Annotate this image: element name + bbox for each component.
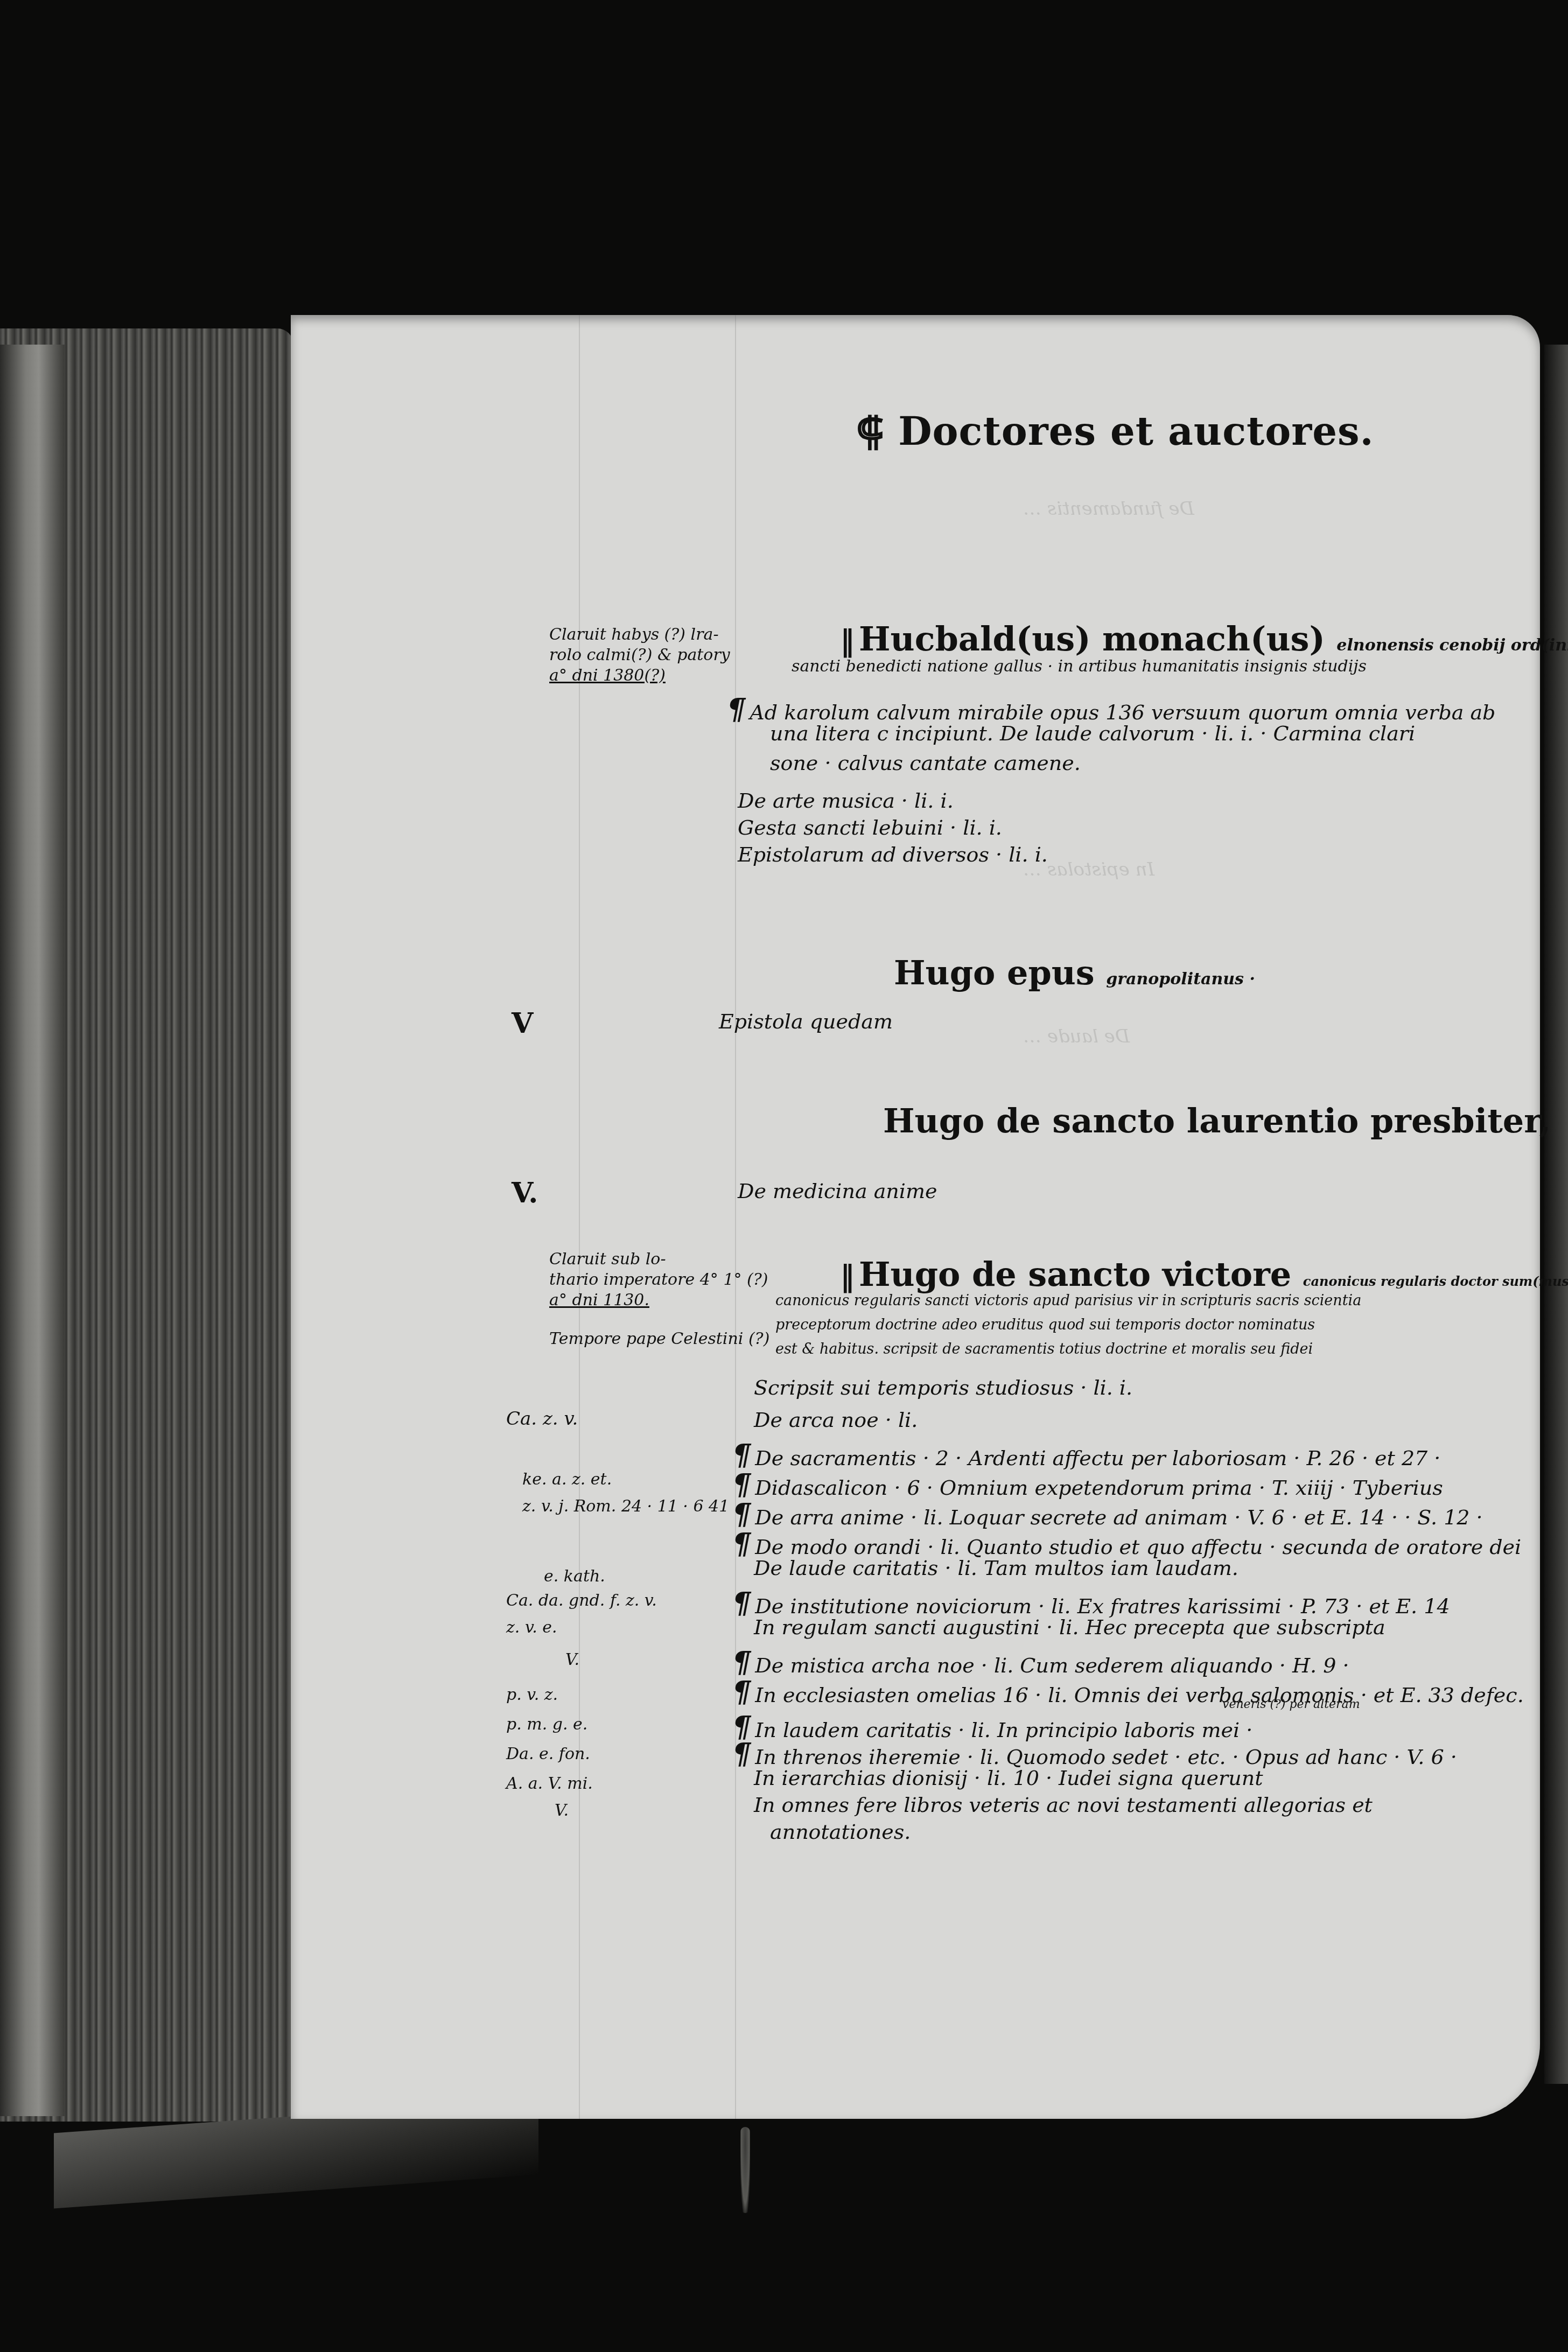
binding-board [0, 345, 65, 2116]
margin-note: Claruit habys (?) lra- rolo calmi(?) & p… [549, 625, 730, 686]
pilcrow-icon: ¶ [732, 1737, 751, 1771]
margin-siglum: V. [565, 1650, 579, 1669]
manuscript-page: De fundamentis … In epistolas … De laude… [291, 315, 1540, 2119]
work-entry: De arca noe · li. [754, 1408, 918, 1432]
author-name: Hugo epus granopolitanus · [894, 953, 1255, 992]
margin-siglum: V. [555, 1801, 569, 1820]
paragraph-mark-icon: ‖ [840, 1258, 855, 1293]
margin-siglum: p. m. g. e. [506, 1715, 587, 1734]
pilcrow-icon: ¶ [732, 1586, 751, 1620]
margin-siglum: Ca. da. gnd. f. z. v. [506, 1591, 657, 1610]
siglum-mark: V. [512, 1177, 538, 1209]
pilcrow-icon: ¶ [727, 692, 745, 726]
paragraph-mark-icon: ⸿ [856, 408, 898, 454]
work-entry: De arte musica · li. i. [738, 789, 954, 813]
ruling-line-text [735, 315, 736, 2119]
ink-stain [740, 2127, 750, 2213]
margin-siglum: z. v. j. Rom. 24 · 11 · 6 41 [522, 1497, 729, 1516]
bleed-through-line: De fundamentis … [1023, 498, 1194, 520]
margin-siglum: e. kath. [544, 1567, 605, 1586]
pilcrow-icon: ¶ [732, 1527, 751, 1561]
author-name: Hugo de sancto laurentio presbiter, [883, 1101, 1551, 1140]
work-entry: annotationes. [770, 1820, 911, 1844]
margin-siglum: z. v. e. [506, 1618, 557, 1637]
margin-siglum: A. a. V. mi. [506, 1774, 593, 1793]
author-bio: preceptorum doctrine adeo eruditus quod … [775, 1317, 1315, 1333]
siglum-mark: V [512, 1007, 533, 1040]
margin-siglum: Ca. z. v. [506, 1408, 578, 1430]
author-name: ‖Hugo de sancto victore canonicus regula… [840, 1255, 1568, 1294]
margin-siglum: Da. e. fon. [506, 1745, 590, 1763]
work-entry: De medicina anime [738, 1179, 937, 1203]
page-heading: ⸿ Doctores et auctores. [856, 404, 1374, 457]
author-bio: est & habitus. scripsit de sacramentis t… [775, 1341, 1313, 1357]
work-entry: Scripsit sui temporis studiosus · li. i. [754, 1376, 1132, 1399]
author-name: ‖Hucbald(us) monach(us) elnonensis cenob… [840, 619, 1568, 659]
work-entry: In omnes fere libros veteris ac novi tes… [754, 1793, 1373, 1817]
work-entry: una litera c incipiunt. De laude calvoru… [770, 722, 1415, 745]
author-bio: sancti benedicti natione gallus · in art… [792, 657, 1367, 676]
work-entry: ¶In ecclesiasten omelias 16 · li. Omnis … [732, 1675, 1524, 1709]
ruling-line-left [579, 315, 580, 2119]
pilcrow-icon: ¶ [732, 1675, 751, 1709]
work-entry: In regulam sancti augustini · li. Hec pr… [754, 1615, 1385, 1639]
paragraph-mark-icon: ‖ [840, 623, 855, 657]
margin-siglum: p. v. z. [506, 1685, 558, 1704]
work-entry: In ierarchias dionisij · li. 10 · Iudei … [754, 1766, 1263, 1790]
work-entry: De laude caritatis · li. Tam multos iam … [754, 1556, 1238, 1580]
work-entry: sone · calvus cantate camene. [770, 751, 1081, 775]
margin-siglum: ke. a. z. et. [522, 1470, 612, 1489]
page-block-fore-edges [0, 328, 293, 2122]
bleed-through-line: De laude … [1023, 1026, 1130, 1047]
work-entry: Epistola quedam [719, 1010, 893, 1033]
margin-note: Claruit sub lo- thario imperatore 4° 1° … [549, 1249, 769, 1349]
next-leaf-edge [1544, 345, 1568, 2084]
work-entry: Gesta sancti lebuini · li. i. [738, 816, 1002, 839]
work-entry: Epistolarum ad diversos · li. i. [738, 843, 1048, 866]
author-bio: canonicus regularis sancti victoris apud… [775, 1292, 1361, 1309]
